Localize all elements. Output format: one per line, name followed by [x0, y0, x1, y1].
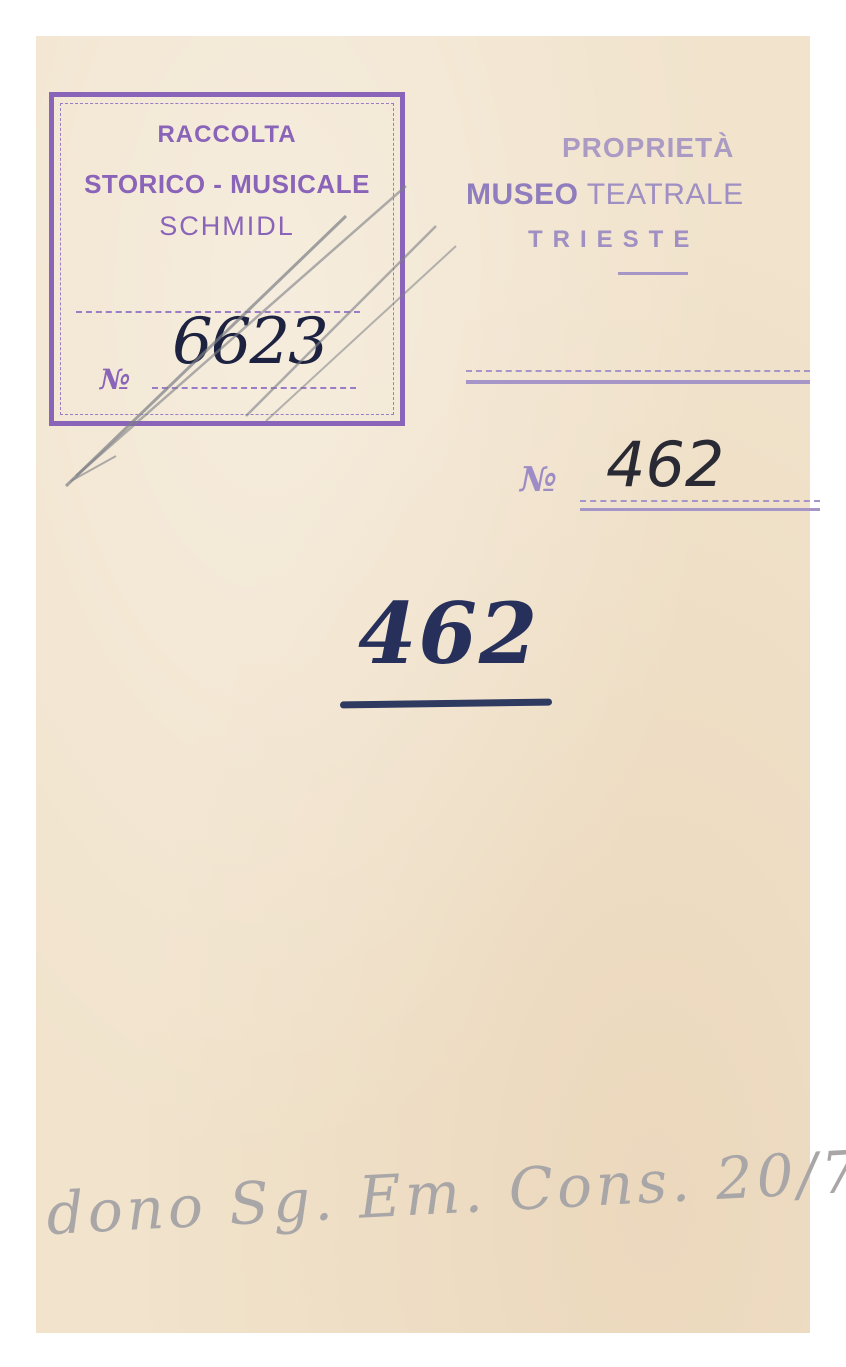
stamp-line-museo-teatrale: MUSEO TEATRALE: [466, 178, 744, 212]
central-handwritten-number: 462: [358, 584, 539, 683]
stamp-word-teatrale: TEATRALE: [579, 178, 744, 211]
stamp-line-trieste: TRIESTE: [528, 226, 699, 254]
numero-sign: №: [100, 363, 130, 396]
stamp-short-rule: [618, 272, 688, 275]
stamp-word-museo: MUSEO: [466, 178, 579, 211]
stamp-line-proprieta: PROPRIETÀ: [562, 132, 734, 164]
schmidl-collection-stamp: RACCOLTA STORICO - MUSICALE SCHMIDL № 66…: [49, 92, 405, 426]
museo-inventory-number: 462: [606, 428, 724, 501]
pencil-donation-note: dono Sg. Em. Cons. 20/7/19: [45, 1132, 846, 1248]
archival-card: RACCOLTA STORICO - MUSICALE SCHMIDL № 66…: [36, 36, 810, 1333]
number-underline: [580, 500, 820, 511]
stamp-line-storico-musicale: STORICO - MUSICALE: [54, 169, 400, 200]
stamp-long-rule: [466, 370, 810, 384]
stamp-line-schmidl: SCHMIDL: [54, 211, 400, 242]
stamp-line-raccolta: RACCOLTA: [54, 121, 400, 149]
schmidl-inventory-number: 6623: [172, 305, 327, 379]
numero-sign: №: [520, 460, 557, 500]
central-number-underline: [340, 699, 552, 709]
number-dotted-line: [152, 387, 356, 389]
